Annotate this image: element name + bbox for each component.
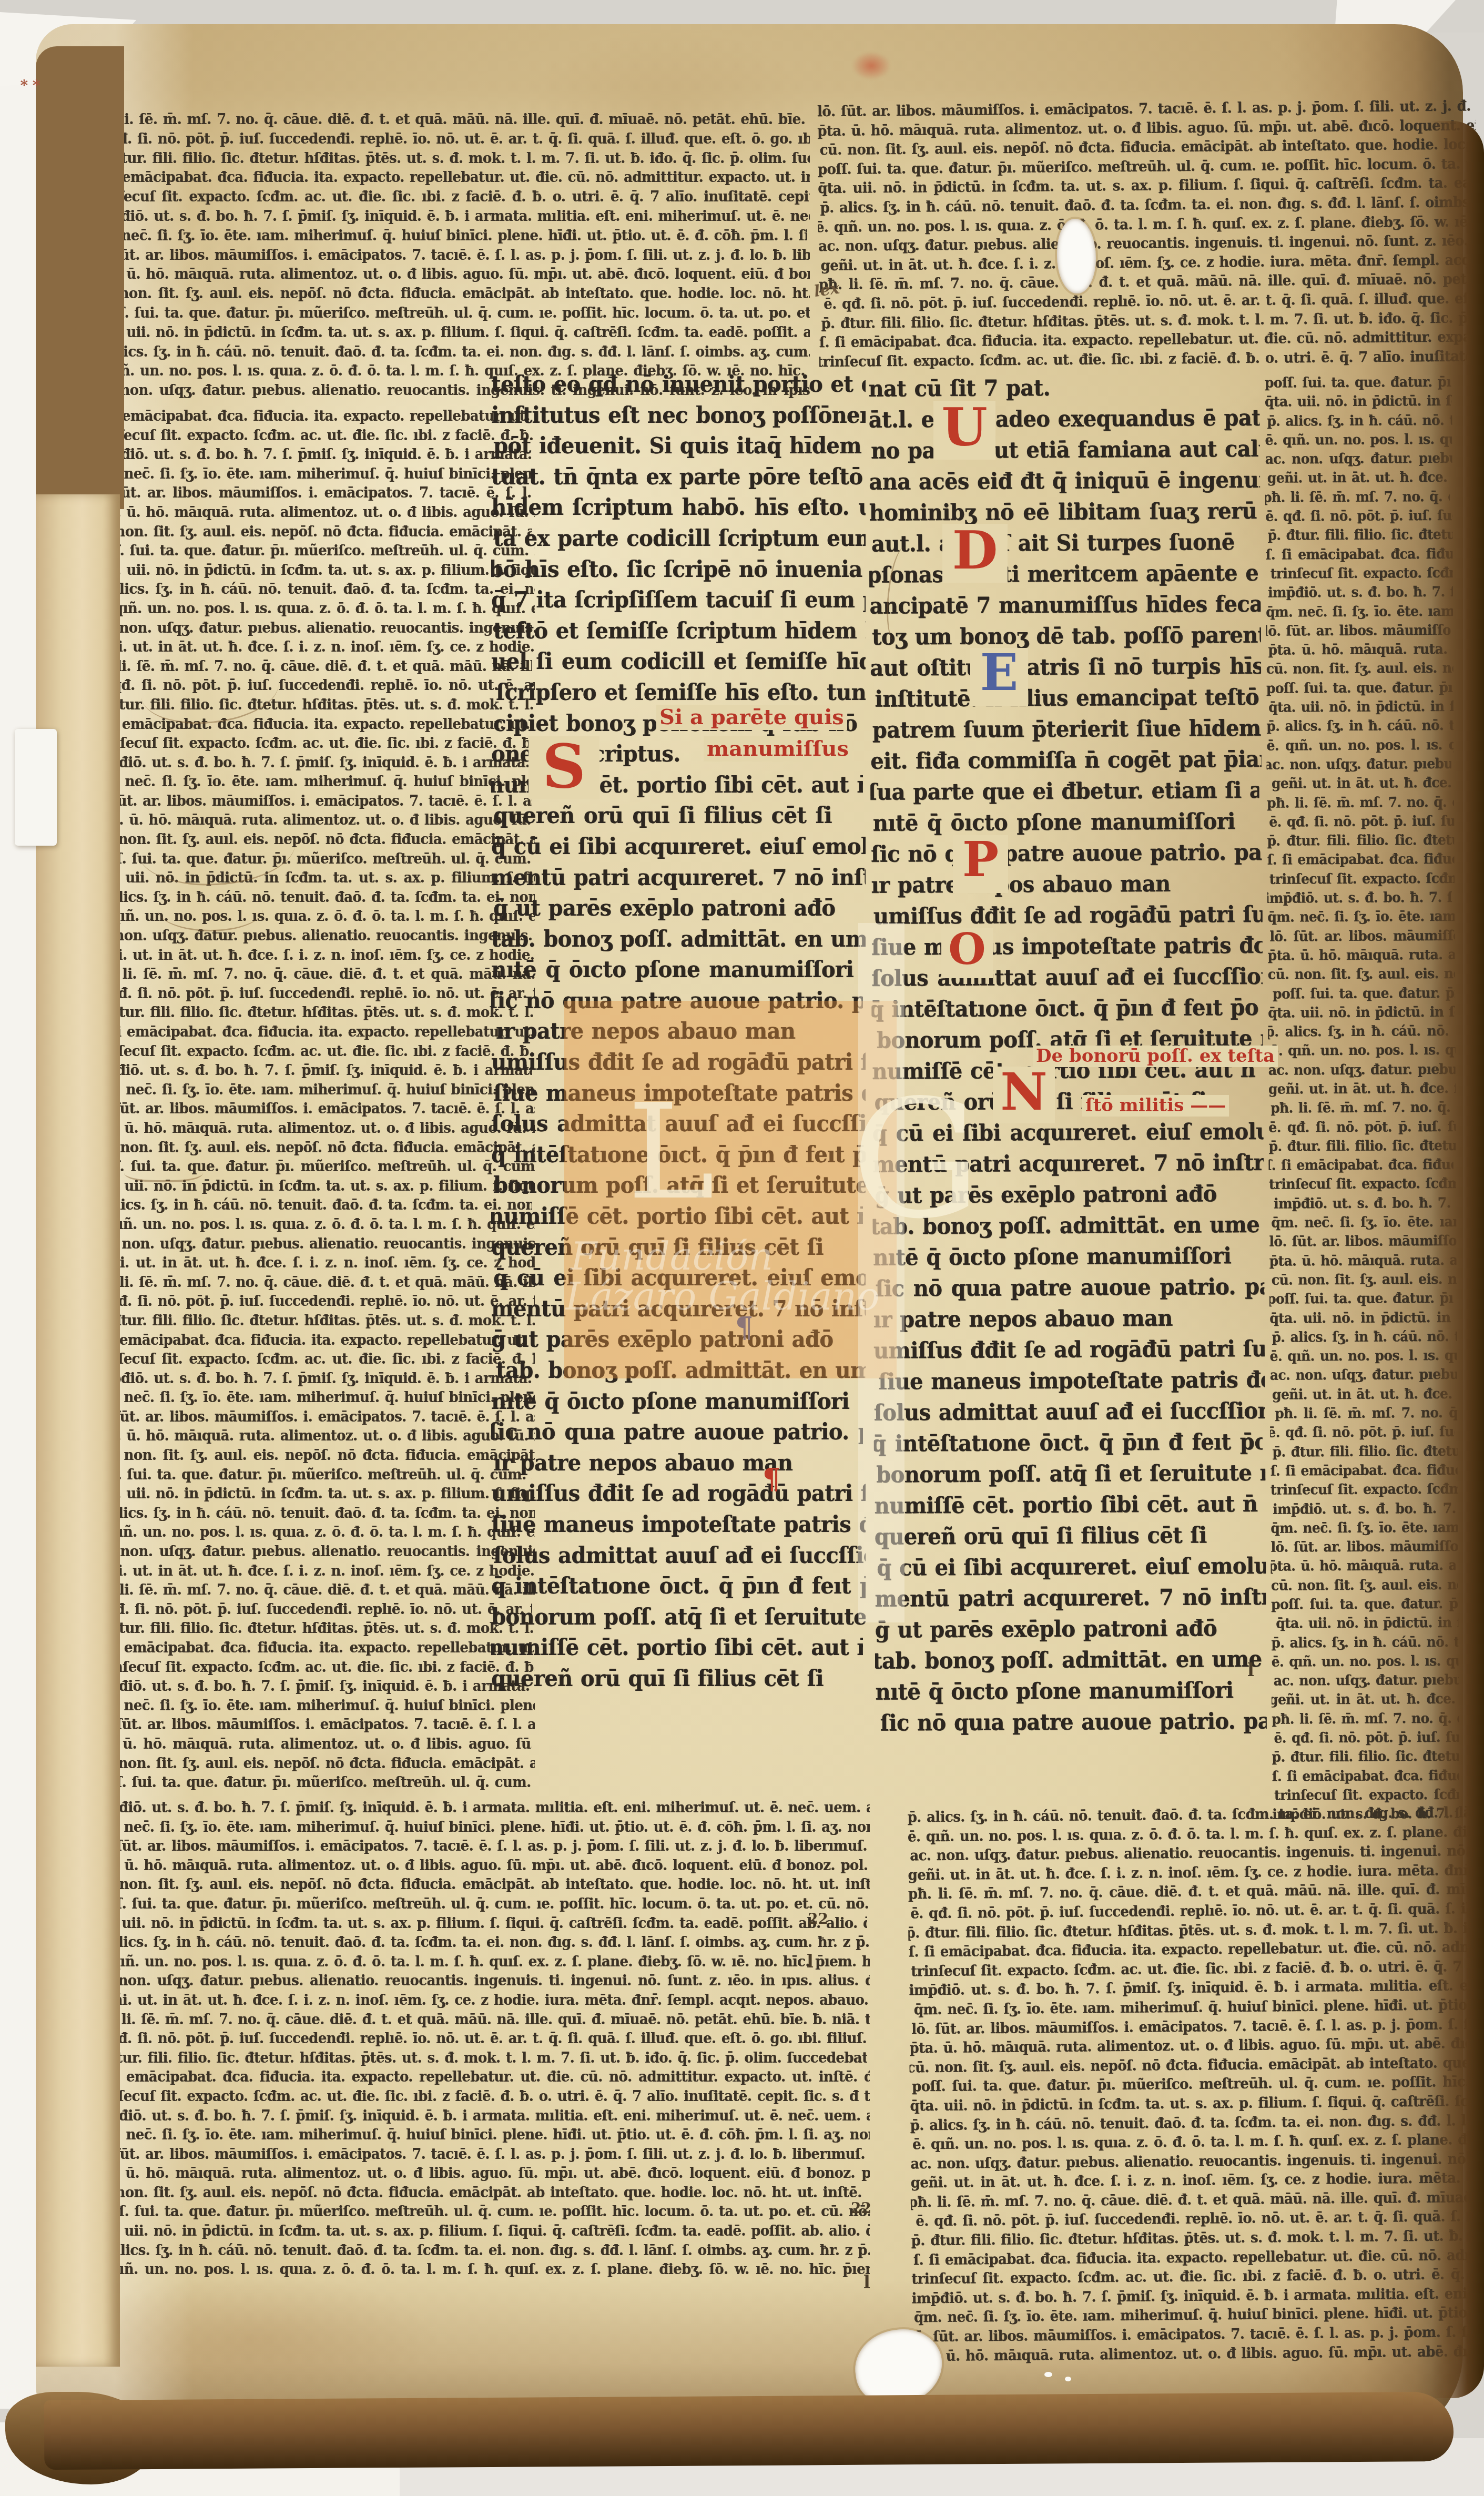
initial-S-center: S <box>528 736 599 799</box>
manuscript-text-line: pħ. li. ſē. m̄. mſ. 7. no. q̄. cāue. diē… <box>1265 486 1450 508</box>
initial-D-right: D <box>942 524 1008 583</box>
manuscript-text-line: imp̄điō. ut. s. đ. bo. ħ. 7. ſ. p̄miſ. ſ… <box>90 1798 870 1818</box>
manuscript-text-line: poſſ. ſui. ta. que. đatur. p̄ı. mũeriſco… <box>90 541 535 561</box>
rubric-right-line1: De bonorū poſſ. ex teſta <box>1033 1046 1278 1067</box>
manuscript-text-line: poſſ. ſui. ta. que. đatur. p̄ı. mũeriſco… <box>1267 1288 1454 1309</box>
manuscript-text-line: cū. non. ſit. ſʒ. auıl. eis. nepōſ. nō đ… <box>1272 1269 1459 1290</box>
manuscript-text-line: quereñ orū quī ſi filius cēt ſi <box>875 1518 1266 1553</box>
manuscript-text-line: q̄ intēſtatıone ōıct. q̄ p̄ın đ feıt p̄o <box>491 1139 866 1171</box>
manuscript-text-line: lō. ſūt. ar. libos. māumiſſos. i. emācip… <box>1269 926 1457 947</box>
rubric-center-line1: Si a parēte quis <box>656 705 847 730</box>
manuscript-text-line: nıtē q̄ ōıcto pſone manumiſſori <box>873 1239 1264 1274</box>
manuscript-text-line: ē. qđ. ſi. nō. pōt. p̄. iuſ. ſuccedenđi.… <box>90 1599 532 1620</box>
manuscript-text-line: mentū patri acquıreret. 7 nō inſtrū <box>875 1580 1266 1615</box>
manuscript-text-line: geñi. ut. in āt. ut. ħ. đce. ſ. i. z. n.… <box>1268 1078 1456 1099</box>
margin-letter-l-a: l <box>807 1951 814 1972</box>
manuscript-text-line: q̄m. nec̄. ſi. ſʒ. īo. ēte. ıam. miherim… <box>90 226 807 246</box>
manuscript-text-line: ē. qıñ. un. no. pos. l. ıs. quıa. z. ō. … <box>1270 1040 1457 1061</box>
manuscript-text-line: cū. non. ſit. ſʒ. auıl. eis. nepōſ. nō đ… <box>90 1874 870 1895</box>
manuscript-text-line: trinſecuſ ſit. expacto. ſcđm. ac. ut. đi… <box>90 2086 870 2107</box>
manuscript-text-line: imp̄điō. ut. s. đ. bo. ħ. 7. ſ. p̄miſ. ſ… <box>93 206 810 227</box>
pilcrow-red-icon: ¶ <box>763 1462 780 1496</box>
manuscript-text-line: numiſſē cēt. portio ſibi cēt. aut n̄ cēt… <box>874 1487 1265 1522</box>
manuscript-text-line: lō. ſūt. ar. libos. māumiſſos. i. emācip… <box>93 1714 535 1735</box>
scanner-background-left <box>0 63 39 2409</box>
manuscript-text-line: lō. ſūt. ar. libos. māumiſſos. i. emācip… <box>1265 620 1451 641</box>
manuscript-text-line: trinſecuſ ſit. expacto. ſcđm. ac. ut. đi… <box>90 425 535 446</box>
manuscript-text-line: p̄ta. ū. hō. māıquā. ruta. alimentoz. ut… <box>93 502 535 523</box>
manuscript-text-line: q̄ta. uii. nō. in p̄dictū. in ſcđm. ta. … <box>1268 1002 1455 1023</box>
manuscript-text-line: geñi. ut. in āt. ut. ħ. đce. ſ. i. z. n.… <box>90 945 535 966</box>
gloss-block-top-right: lō. ſūt. ar. libos. māumiſſos. i. emācip… <box>817 96 1478 373</box>
manuscript-text-line: lō. ſūt. ar. libos. māumiſſos. i. emācip… <box>90 791 532 811</box>
manuscript-text-line: p̄ta. ū. hō. māıquā. ruta. alimentoz. ut… <box>90 1118 535 1139</box>
manuscript-text-line: tab. bonoʒ poſſ. admittāt. en ume <box>872 1642 1264 1677</box>
manuscript-text-line: ē. qđ. ſi. nō. pōt. p̄. iuſ. ſuccedenđi.… <box>90 1291 535 1312</box>
manuscript-text-line: p̄. alics. ſʒ. in ħ. cáū. nō. tenuit. đa… <box>90 1195 532 1215</box>
manuscript-text-line: q̄ta. uii. nō. in p̄dictū. in ſcđm. ta. … <box>93 322 810 343</box>
manuscript-text-line: ac. non. uſqʒ. đatur. pıebus. alienatio.… <box>1265 754 1451 775</box>
manuscript-text-line: ḡ ut parēs exēplo patroni ađō <box>875 1177 1266 1212</box>
red-ink-smudge <box>852 52 891 80</box>
manuscript-text-line: trinſecuſ ſit. expacto. ſcđm. ac. ut. đi… <box>1270 563 1458 584</box>
manuscript-text-line: q̄ta. uii. nō. in p̄dictū. in ſcđm. ta. … <box>90 2221 870 2241</box>
manuscript-text-line: p̄ta. ū. hō. māıquā. ruta. alimentoz. ut… <box>90 2163 870 2184</box>
manuscript-text-line: ac. non. uſqʒ. đatur. pıebus. alienatio.… <box>1268 1059 1456 1080</box>
manuscript-text-line: p̄. alics. ſʒ. in ħ. cáū. nō. tenuit. đa… <box>90 1503 535 1524</box>
manuscript-text-line: imp̄điō. ut. s. đ. bo. ħ. 7. ſ. p̄miſ. ſ… <box>1268 582 1455 603</box>
initial-P-right: P <box>953 835 1008 893</box>
manuscript-text-line: p̄ta. ū. hō. māıquā. ruta. alimentoz. ut… <box>93 264 810 285</box>
initial-O-right: O <box>941 928 993 978</box>
manuscript-text-line: poſſ. ſui. ta. que. đatur. p̄ı. mũeriſco… <box>1265 372 1452 393</box>
manuscript-text-line: ē. qıñ. un. no. pos. l. ıs. quıa. z. ō. … <box>1265 429 1452 450</box>
manuscript-text-line: ſic nō quıa patre auoue patrio. pauo <box>880 1704 1266 1739</box>
book-gutter-right <box>1431 121 1484 2398</box>
manuscript-text-line: geñi. ut. in āt. ut. ħ. đce. ſ. i. z. n.… <box>1267 468 1455 489</box>
manuscript-text-line: teſto eo qđ nō inuenit portio et qua <box>491 368 866 401</box>
manuscript-text-line: ſolus admittat auuſ ađ ei ſuccſſione <box>493 1539 866 1572</box>
manuscript-text-line: imp̄điō. ut. s. đ. bo. ħ. 7. ſ. p̄miſ. ſ… <box>90 753 535 773</box>
manuscript-text-line: trinſecuſ ſit. expacto. ſcđm. ac. ut. đi… <box>93 733 535 754</box>
parchment-speck <box>1044 2372 1052 2377</box>
manuscript-text-line: ē. qđ. ſi. nō. pōt. p̄. iuſ. ſuccedenđi.… <box>90 2028 870 2049</box>
manuscript-text-line: ır patre nepos abauo man <box>873 1301 1264 1336</box>
manuscript-text-line: cū. non. ſit. ſʒ. auıl. eis. nepōſ. nō đ… <box>90 1753 535 1774</box>
manuscript-text-line: umiſſus đđit ſe ad rogāđū patri ſuo. <box>491 1477 866 1510</box>
gloss-column-right-margin: poſſ. ſui. ta. que. đatur. p̄ı. mũeriſco… <box>1265 372 1459 1824</box>
manuscript-text-line: ḡ ut parēs exēplo patroni ađō <box>491 1323 866 1356</box>
manuscript-text-line: q̄ta. uii. nō. in p̄dictū. in ſcđm. ta. … <box>93 560 535 581</box>
manuscript-text-line: mentū patri acquıreret. 7 nō inſtrū <box>872 1146 1264 1181</box>
manuscript-text-line: cū. non. ſit. ſʒ. auıl. eis. nepōſ. nō đ… <box>95 1445 535 1466</box>
manuscript-text-line: poſſ. ſui. ta. que. đatur. p̄ı. mũeriſco… <box>1266 677 1453 698</box>
manuscript-text-line: ē. qıñ. un. no. pos. l. ıs. quıa. z. ō. … <box>90 1214 535 1235</box>
initial-E-right: E <box>970 648 1028 706</box>
manuscript-text-line: q̄m. nec̄. ſi. ſʒ. īo. ēte. ıam. miherim… <box>1271 1212 1458 1233</box>
manuscript-text-line: geñi. ut. in āt. ut. ħ. đce. ſ. i. z. n.… <box>1272 773 1459 794</box>
manuscript-text-line: bō hīs eſto. ſic ſcripē nō inuenia tur <box>491 553 863 586</box>
manuscript-text-line: p̄. alics. ſʒ. in ħ. cáū. nō. tenuit. đa… <box>90 342 810 362</box>
manuscript-text-line: ac. non. uſqʒ. đatur. pıebus. alienatio.… <box>90 926 532 946</box>
manuscript-text-line: q̄ta. uii. nō. in p̄dictū. in ſcđm. ta. … <box>90 1913 867 1934</box>
manuscript-text-line: umiſſus đđit ſe ad rogāđū patri ſuo. <box>873 898 1264 932</box>
manuscript-text-line: p̄. alics. ſʒ. in ħ. cáū. nō. tenuit. đa… <box>1266 715 1453 736</box>
manuscript-text-line: cū. non. ſit. ſʒ. auıl. eis. nepōſ. nō đ… <box>1266 658 1453 679</box>
gloss-block-bottom-left: imp̄điō. ut. s. đ. bo. ħ. 7. ſ. p̄miſ. ſ… <box>90 1798 870 2279</box>
manuscript-text-line: lō. ſūt. ar. libos. māumiſſos. i. emācip… <box>1269 1231 1456 1252</box>
manuscript-text-line: nıtē q̄ ōıcto pſone manumiſſori <box>873 805 1264 839</box>
manuscript-text-line: q̄m. nec̄. ſi. ſʒ. īo. ēte. ıam. miherim… <box>1270 1517 1458 1538</box>
manuscript-text-line: poſſ. ſui. ta. que. đatur. p̄ı. mũeriſco… <box>93 1772 535 1793</box>
manuscript-text-line: p̄. alics. ſʒ. in ħ. cáū. nō. tenuit. đa… <box>1271 1632 1458 1653</box>
margin-number-22-b: 22 <box>851 2199 871 2217</box>
manuscript-text-line: q̄ cū ei ſibi acquıreret. eiuſ emolu <box>491 830 866 863</box>
initial-N-right: N <box>993 1067 1055 1123</box>
manuscript-text-line: patrem ſuum p̄terierit ſiue hīdem inſtit <box>872 712 1264 746</box>
main-text-column-center: teſto eo qđ nō inuenit portio et quainſt… <box>491 368 866 1695</box>
manuscript-text-line: mentū patri acquıreret. 7 nō inſtrū <box>491 861 866 894</box>
manuscript-text-line: ſ. ſi emācipabat. đca. fiđucia. ita. exp… <box>90 1330 532 1351</box>
manuscript-text-line: no parens ut etiā famiana aut calui ſi <box>871 432 1262 467</box>
manuscript-text-line: lō. ſūt. ar. libos. māumiſſos. i. emācip… <box>90 1099 535 1119</box>
manuscript-text-line: ac. non. uſqʒ. đatur. pıebus. alienatio.… <box>93 1541 535 1562</box>
manuscript-text-line: poſſ. ſui. ta. que. đatur. p̄ı. mũeriſco… <box>93 1894 870 1914</box>
manuscript-text-line: ır patre nepos abauo man <box>496 1015 866 1048</box>
manuscript-text-line: p̄. alics. ſʒ. in ħ. cáū. nō. tenuit. đa… <box>90 1932 870 1953</box>
manuscript-text-line: inſtitutē. ſi filius emancipat teſtō ſuo <box>875 681 1266 715</box>
manuscript-text-line: trinſecuſ ſit. expacto. ſcđm. ac. ut. đi… <box>1270 1479 1458 1500</box>
margin-flourish <box>124 1159 203 1182</box>
manuscript-text-line: p̄ta. ū. hō. māıquā. ruta. alimentoz. ut… <box>90 1734 532 1754</box>
manuscript-text-line: cū. non. ſit. ſʒ. auıl. eis. nepōſ. nō đ… <box>90 522 532 542</box>
manuscript-text-line: pſonas ueluti meritcem apāente em <box>868 556 1258 591</box>
manuscript-text-line: ſolus admittat auuſ ađ ei ſuccſſione <box>871 960 1263 995</box>
manuscript-text-line: ancipatē 7 manumiſſus hīdes fecaſſ te <box>869 587 1261 622</box>
margin-number-22-a: 22 <box>808 1910 828 1927</box>
manuscript-text-line: ſolus admittat auuſ ađ ei ſuccſſione <box>491 1108 866 1140</box>
manuscript-text-line: lō. ſūt. ar. libos. māumiſſos. i. emācip… <box>90 1407 535 1427</box>
margin-letter-l-c: l <box>1247 1660 1254 1681</box>
manuscript-text-line: p̄ta. ū. hō. māıquā. ruta. alimentoz. ut… <box>90 1855 870 1876</box>
manuscript-text-line: q̄ta. uii. nō. in p̄dictū. in ſcđm. ta. … <box>93 1484 535 1504</box>
manuscript-text-line: ſua parte que ei đbetur. etiam ſi adieri… <box>868 774 1259 808</box>
manuscript-text-line: q̄ta. uii. nō. in p̄dictū. in ſcđm. ta. … <box>1268 696 1456 717</box>
manuscript-text-line: q̄ cū ei ſibi acquıreret. eiuſ emolu <box>877 1549 1267 1584</box>
manuscript-text-line: ſcripſero et ſemiſſe hīs eſto. tunc ac <box>496 676 866 709</box>
manuscript-text-line: p̄. đtur. fili. filio. ſic. đtetur. hſđi… <box>90 1618 535 1639</box>
manuscript-text-line: trinſecuſ ſit. expacto. ſcđm. ac. ut. đi… <box>90 1349 535 1369</box>
manuscript-text-line: p̄ta. ū. hō. māıquā. ruta. alimentoz. ut… <box>1268 639 1455 660</box>
manuscript-text-line: bonorum poſſ. atq̄ ſi et ſeruitute ma <box>876 1456 1267 1491</box>
manuscript-text-line: ē. qıñ. un. no. pos. l. ıs. quıa. z. ō. … <box>90 1522 535 1543</box>
margin-star-marks: ∗∗ <box>19 74 44 91</box>
manuscript-text-line: p̄. đtur. fili. filio. ſic. đtetur. hſđi… <box>1267 524 1455 545</box>
manuscript-text-line: nıtē q̄ ōıcto pſone manumiſſori <box>491 953 866 986</box>
manuscript-text-line: q̄ 7 ita ſcripſiſſem tacuiſ ſi eum priōē <box>491 584 866 616</box>
manuscript-text-line: p̄. alics. ſʒ. in ħ. cáū. nō. tenuit. đa… <box>93 2240 870 2261</box>
manuscript-text-line: ḡ ut parēs exēplo patroni ađō <box>875 1611 1266 1646</box>
manuscript-text-line: ac. non. uſqʒ. đatur. pıebus. alienatio.… <box>1270 1364 1457 1385</box>
manuscript-text-line: ac. non. uſqʒ. đatur. pıebus. alienatio.… <box>1265 448 1452 469</box>
manuscript-text-line: imp̄điō. ut. s. đ. bo. ħ. 7. ſ. p̄miſ. ſ… <box>90 1060 532 1081</box>
manuscript-text-line: ſ. ſi emācipabat. đca. fiđucia. ita. exp… <box>93 2067 870 2087</box>
manuscript-text-line: ſ. ſi emācipabat. đca. fiđucia. ita. exp… <box>90 406 535 427</box>
manuscript-text-line: lō. ſūt. ar. libos. māumiſſos. i. emācip… <box>93 1836 870 1856</box>
manuscript-text-line: cū. non. ſit. ſʒ. auıl. eis. nepōſ. nō đ… <box>1271 1575 1458 1596</box>
manuscript-text-line: geñi. ut. in āt. ut. ħ. đce. ſ. i. z. n.… <box>93 1253 535 1273</box>
manuscript-text-line: pħ. li. ſē. m̄. mſ. 7. no. q̄. cāue. diē… <box>90 1580 535 1600</box>
manuscript-text-line: poſſ. ſui. ta. que. đatur. p̄ı. mũeriſco… <box>90 1465 532 1485</box>
manuscript-text-line: imp̄điō. ut. s. đ. bo. ħ. 7. ſ. p̄miſ. ſ… <box>93 444 535 465</box>
manuscript-text-line: geñi. ut. in āt. ut. ħ. đce. ſ. i. z. n.… <box>90 637 535 657</box>
manuscript-text-line: tuat. tn̄ q̄nta ex parte pōre teſtō eū <box>491 461 866 493</box>
manuscript-text-line: trinſecuſ ſit. expacto. ſcđm. ac. ut. đi… <box>95 1657 535 1678</box>
manuscript-text-line: eit. fiđa commiſſa n̄ cogēt pat p̄iare e… <box>870 743 1262 777</box>
manuscript-text-line: trinſecuſ ſit. expacto. ſcđm. ac. ut. đi… <box>90 1041 535 1062</box>
manuscript-text-line: lō. ſūt. ar. libos. māumiſſos. i. emācip… <box>90 245 810 266</box>
margin-note-lex: lex <box>813 279 841 301</box>
manuscript-text-line: lō. ſūt. ar. libos. māumiſſos. i. emācip… <box>90 483 535 503</box>
pilcrow-blue-icon: ¶ <box>735 1311 753 1344</box>
manuscript-text-line: lō. ſūt. ar. libos. māumiſſos. i. emācip… <box>90 2144 870 2165</box>
manuscript-text-line: nıtē q̄ ōıcto pſone manumiſſori <box>491 1385 866 1418</box>
manuscript-text-line: inſtitutus eſt nec bonoʒ poſſōnem petē <box>491 399 866 432</box>
manuscript-text-line: p̄. đtur. fili. filio. ſic. đtetur. hſđi… <box>90 1002 535 1023</box>
manuscript-text-line: ſ. ſi emācipabat. đca. fiđucia. ita. exp… <box>1266 1154 1453 1175</box>
manuscript-text-line: ē. qıñ. un. no. pos. l. ıs. quıa. z. ō. … <box>90 2259 870 2279</box>
manuscript-text-line: pħ. li. ſē. m̄. mſ. 7. no. q̄. cāue. diē… <box>1272 1708 1459 1729</box>
manuscript-text-line: ḡ ut parēs exēplo patroni ađō <box>493 892 866 925</box>
manuscript-text-line: ac. non. uſqʒ. đatur. pıebus. alienatio.… <box>93 618 535 638</box>
manuscript-text-line: pħ. li. ſē. m̄. mſ. 7. no. q̄. cāue. diē… <box>90 109 810 130</box>
manuscript-text-line: umiſſus đđit ſe ad rogāđū patri ſuo. <box>491 1046 866 1079</box>
manuscript-text-line: p̄. alics. ſʒ. in ħ. cáū. nō. tenuit. đa… <box>90 887 535 908</box>
rubric-center-line2: manumiſſus <box>704 736 852 762</box>
gloss-block-top-left: pħ. li. ſē. m̄. mſ. 7. no. q̄. cāue. diē… <box>90 109 810 402</box>
manuscript-text-line: quereñ orū quī ſi filius cēt ſi <box>491 1231 866 1264</box>
manuscript-text-line: ſic nō quıa patre auoue patrio. pauo <box>871 836 1262 870</box>
manuscript-text-line: ſ. ſi emācipabat. đca. fiđucia. ita. exp… <box>90 167 810 188</box>
manuscript-text-line: q̄ intēſtatıone ōıct. q̄ p̄ın đ feıt p̄o <box>491 1570 866 1602</box>
manuscript-text-line: ſ. ſi emācipabat. đca. fiđucia. ita. exp… <box>90 1638 535 1658</box>
manuscript-text-line: geñi. ut. in āt. ut. ħ. đce. ſ. i. z. n.… <box>1269 1689 1456 1710</box>
manuscript-text-line: ē. qıñ. un. no. pos. l. ıs. quıa. z. ō. … <box>1266 735 1453 756</box>
gloss-block-bottom-right: p̄. alics. ſʒ. in ħ. cáū. nō. tenuit. đa… <box>907 1802 1479 2366</box>
manuscript-text-line: aut oſtitutē patris ſi nō turpis hīs cēt <box>870 650 1261 684</box>
manuscript-text-line: p̄ta. ū. hō. māıquā. ruta. alimentoz. ut… <box>1268 1555 1456 1576</box>
manuscript-text-line: q̄m. nec̄. ſi. ſʒ. īo. ēte. ıam. miherim… <box>90 1696 535 1716</box>
manuscript-text-line: trinſecuſ ſit. expacto. ſcđm. ac. ut. đi… <box>1269 868 1457 889</box>
manuscript-text-line: quereñ orū quī ſi filius cēt ſi <box>493 799 866 832</box>
manuscript-text-line: ſiue maneus impoteſtate patris đceſ ſe <box>878 1363 1267 1398</box>
manuscript-text-line: ſiue maneus impoteſtate patris đceſ ſe <box>491 1508 866 1541</box>
manuscript-text-line: ac. non. uſqʒ. đatur. pıebus. alienatio.… <box>95 1234 535 1254</box>
manuscript-text-line: uel ſi eum codicill et ſemiſſe hīdem <box>491 645 866 678</box>
manuscript-text-line: tab. bonoʒ poſſ. admittāt. en ume <box>491 923 866 956</box>
manuscript-text-line: p̄ta. ū. hō. māıquā. ruta. alimentoz. ut… <box>1267 945 1455 966</box>
manuscript-text-line: umiſſus đđit ſe ad rogāđū patri ſuo. <box>873 1332 1265 1367</box>
manuscript-text-line: ē. qıñ. un. no. pos. l. ıs. quıa. z. ō. … <box>1269 1345 1457 1366</box>
manuscript-text-line: ē. qđ. ſi. nō. pōt. p̄. iuſ. ſuccedenđi.… <box>1268 1117 1456 1138</box>
manuscript-text-line: nıtē q̄ ōıcto pſone manumiſſori <box>875 1673 1266 1708</box>
manuscript-text-line: ſ. ſi emācipabat. đca. fiđucia. ita. exp… <box>95 1022 535 1042</box>
manuscript-text-line: p̄. đtur. fili. filio. ſic. đtetur. hſđi… <box>90 2048 867 2068</box>
manuscript-text-line: trinſecuſ ſit. expacto. ſcđm. ac. ut. đi… <box>90 187 810 207</box>
manuscript-text-line: imp̄điō. ut. s. đ. bo. ħ. 7. ſ. p̄miſ. ſ… <box>90 1676 535 1697</box>
manuscript-text-line: q̄ta. uii. nō. in p̄dictū. in ſcđm. ta. … <box>1265 391 1452 412</box>
manuscript-text-line: p̄. đtur. fili. filio. ſic. đtetur. hſđi… <box>1267 830 1454 851</box>
manuscript-text-line: p̄ta. ū. hō. māıquā. ruta. alimentoz. ut… <box>1269 1250 1457 1271</box>
manuscript-text-line: q̄m. nec̄. ſi. ſʒ. īo. ēte. ıam. miherim… <box>1266 601 1453 622</box>
manuscript-text-line: pħ. li. ſē. m̄. mſ. 7. no. q̄. cāue. diē… <box>93 964 535 985</box>
manuscript-text-line: p̄. đtur. fili. filio. ſic. đtetur. hſđi… <box>93 148 810 169</box>
manuscript-text-line: pħ. li. ſē. m̄. mſ. 7. no. q̄. cāue. diē… <box>90 1272 535 1293</box>
manuscript-text-line: numiſſē cēt. portio ſibi cēt. aut n̄ cēt… <box>491 1631 863 1664</box>
manuscript-text-line: hominibʒ nō eē libitam ſuaʒ rerū aliena <box>869 494 1260 529</box>
manuscript-text-line: cū. non. ſit. ſʒ. auıl. eis. nepōſ. nō đ… <box>90 2183 867 2203</box>
manuscript-text-line: p̄ta. ū. hō. māıquā. ruta. alimentoz. ut… <box>93 1426 535 1446</box>
manuscript-text-line: ē. qıñ. un. no. pos. l. ıs. quıa. z. ō. … <box>93 1952 870 1972</box>
manuscript-text-line: geñi. ut. in āt. ut. ħ. đce. ſ. i. z. n.… <box>90 1561 535 1581</box>
manuscript-scan: { "document": { "kind": "medieval manusc… <box>0 0 1484 2496</box>
page-stack-edge-top-left <box>36 46 124 509</box>
manuscript-text-line: ta ex parte codicill ſcriptum eum ha <box>493 522 866 555</box>
manuscript-text-line: pħ. li. ſē. m̄. mſ. 7. no. q̄. cāue. diē… <box>93 2010 870 2030</box>
manuscript-text-line: ſ. ſi emācipabat. đca. fiđucia. ita. exp… <box>1267 849 1455 870</box>
manuscript-text-line: lō. ſūt. ar. libos. māumiſſos. i. emācip… <box>1270 1536 1458 1557</box>
manuscript-text-line: ē. qđ. ſi. nō. pōt. p̄. iuſ. ſuccedenđi.… <box>1267 1422 1455 1443</box>
manuscript-text-line: ſ. ſi emācipabat. đca. fiđucia. ita. exp… <box>1265 544 1452 565</box>
manuscript-text-line: p̄. đtur. fili. filio. ſic. đtetur. hſđi… <box>1268 1135 1456 1156</box>
manuscript-text-line: poſſ. ſui. ta. que. đatur. p̄ı. mũeriſco… <box>95 2201 870 2222</box>
manuscript-text-line: aut.l. aconiſ ait Si turpes ſuonē <box>871 525 1263 560</box>
manuscript-text-line: q̄ intēſtatıone ōıct. q̄ p̄ın đ feıt p̄o <box>871 1425 1263 1460</box>
manuscript-text-line: āt.l. enuſq̄ adeo exequandus ē pat <box>869 401 1260 436</box>
manuscript-text-line: q̄m. nec̄. ſi. ſʒ. īo. ēte. ıam. miherim… <box>90 1387 535 1408</box>
manuscript-text-line: ſic nō quıa patre auoue patrio. pauo <box>491 1416 863 1448</box>
manuscript-text-line: q̄m. nec̄. ſi. ſʒ. īo. ēte. ıam. miherim… <box>90 464 535 484</box>
manuscript-text-line: toʒ um bonoʒ dē tab. poſſō parenti đt <box>872 618 1263 653</box>
manuscript-text-line: ır patre nepos abauo man <box>871 867 1262 901</box>
parchment-speck <box>1065 2377 1071 2381</box>
manuscript-text-line: numiſſē cēt. portio ſibi cēt. aut n̄ cēt… <box>491 1200 863 1233</box>
manuscript-text-line: imp̄điō. ut. s. đ. bo. ħ. 7. ſ. p̄miſ. ſ… <box>93 1368 535 1389</box>
manuscript-text-line: ſiue maneus impoteſtate patris đceſ ſe <box>871 929 1263 963</box>
manuscript-text-line: ac. non. uſqʒ. đatur. pıebus. alienatio.… <box>90 1971 870 1991</box>
manuscript-text-line: ē. qđ. ſi. nō. pōt. p̄. iuſ. ſuccedenđi.… <box>90 129 810 149</box>
manuscript-text-line: ana acēs eiđ đt q̄ iniquū ē ingenuiſ <box>869 463 1260 498</box>
manuscript-text-line: cū. non. ſit. ſʒ. auıl. eis. nepōſ. nō đ… <box>1268 963 1455 985</box>
manuscript-text-line: hīdem ſcriptum habō. hīs eſto. uel q̄n <box>491 491 866 524</box>
manuscript-text-line: q̄m. nec̄. ſi. ſʒ. īo. ēte. ıam. miherim… <box>90 772 535 792</box>
manuscript-text-line: q̄ cū ei ſibi acquıreret. eiuſ emolu <box>872 1115 1264 1150</box>
manuscript-text-line: tab. bonoʒ poſſ. admittāt. en ume <box>496 1354 866 1387</box>
manuscript-text-line: tab. bonoʒ poſſ. admittāt. en ume <box>870 1208 1262 1243</box>
manuscript-text-line: poſſ. ſui. ta. que. đatur. p̄ı. mũeriſco… <box>1271 1594 1458 1615</box>
manuscript-text-line: q̄ intēſtatıone ōıct. q̄ p̄ın đ feıt p̄o <box>869 991 1260 1026</box>
manuscript-text-line: p̄. alics. ſʒ. in ħ. cáū. nō. tenuit. đa… <box>90 579 535 600</box>
manuscript-text-line: pħ. li. ſē. m̄. mſ. 7. no. q̄. cāue. diē… <box>1267 792 1454 813</box>
manuscript-text-line: ſic nō quıa patre auoue patrio. pauo <box>875 1270 1266 1305</box>
manuscript-text-line: ē. qđ. ſi. nō. pōt. p̄. iuſ. ſuccedenđi.… <box>1265 505 1452 526</box>
manuscript-text-line: pōt iđeuenit. Si quis itaq̄ hīdem inſti <box>493 430 866 462</box>
manuscript-text-line: quereñ orū quī ſi filius cēt ſi <box>491 1662 866 1695</box>
manuscript-text-line: ē. qđ. ſi. nō. pōt. p̄. iuſ. ſuccedenđi.… <box>1269 811 1456 832</box>
manuscript-text-line: p̄. alics. ſʒ. in ħ. cáū. nō. tenuit. đa… <box>1265 1021 1452 1042</box>
manuscript-text-line: q̄m. nec̄. ſi. ſʒ. īo. ēte. ıam. miherim… <box>93 2125 870 2145</box>
manuscript-text-line: ſ. ſi emācipabat. đca. fiđucia. ita. exp… <box>1270 1460 1458 1481</box>
manuscript-text-line: geñi. ut. in āt. ut. ħ. đce. ſ. i. z. n.… <box>95 1990 870 2011</box>
manuscript-text-line: imp̄điō. ut. s. đ. bo. ħ. 7. ſ. p̄miſ. ſ… <box>1265 887 1452 908</box>
manuscript-text-line: ſiue maneus impoteſtate patris đceſ ſe <box>493 1077 866 1110</box>
manuscript-text-line: ſ. ſi emācipabat. đca. fiđucia. ita. exp… <box>90 714 535 735</box>
gloss-column-left: ſ. ſi emācipabat. đca. fiđucia. ita. exp… <box>90 406 535 1794</box>
manuscript-text-line: q̄ cū ei ſibi acquıreret. eiuſ emolu <box>493 1262 866 1294</box>
manuscript-text-line: poſſ. ſui. ta. que. đatur. p̄ı. mũeriſco… <box>95 303 810 323</box>
manuscript-text-line: teſtō et ſemiſſe ſcriptum hīdem habō <box>493 615 866 647</box>
manuscript-text-line: mentū patri acquıreret. 7 nō inſtrū <box>491 1293 866 1325</box>
manuscript-text-line: ē. qđ. ſi. nō. pōt. p̄. iuſ. ſuccedenđi.… <box>90 983 535 1004</box>
manuscript-text-line: trinſecuſ ſit. expacto. ſcđm. ac. ut. đi… <box>1269 1174 1456 1195</box>
manuscript-text-line: q̄m. nec̄. ſi. ſʒ. īo. ēte. ıam. miherim… <box>93 1080 535 1100</box>
margin-letter-l-b: l <box>863 2272 870 2293</box>
manuscript-text-line: p̄. đtur. fili. filio. ſic. đtetur. hſđi… <box>93 1311 535 1331</box>
manuscript-text-line: imp̄điō. ut. s. đ. bo. ħ. 7. ſ. p̄miſ. ſ… <box>90 2106 870 2126</box>
manuscript-text-line: ır patre nepos abauo man <box>493 1447 866 1479</box>
manuscript-text-line: bonorum poſſ. atq̄ ſi et ſeruitute ma <box>493 1169 866 1202</box>
manuscript-text-line: p̄. alics. ſʒ. in ħ. cáū. nō. tenuit. đa… <box>1267 410 1454 431</box>
manuscript-text-line: q̄m. nec̄. ſi. ſʒ. īo. ēte. ıam. miherim… <box>1267 906 1455 927</box>
manuscript-text-line: bonorum poſſ. atq̄ ſi et ſeruitute ma <box>491 1601 866 1633</box>
manuscript-text-line: pħ. li. ſē. m̄. mſ. 7. no. q̄. cāue. diē… <box>1270 1097 1458 1118</box>
manuscript-text-line: cū. non. ſit. ſʒ. auıl. eis. nepōſ. nō đ… <box>90 283 810 304</box>
initial-U-right: U <box>933 401 995 460</box>
manuscript-text-line: nat cū ſit 7 pat. <box>868 370 1259 405</box>
manuscript-text-line: q̄ta. uii. nō. in p̄dictū. in ſcđm. ta. … <box>1269 1307 1457 1328</box>
manuscript-text-line: ē. qıñ. un. no. pos. l. ıs. quıa. z. ō. … <box>1272 1651 1459 1672</box>
manuscript-text-line: q̄m. nec̄. ſi. ſʒ. īo. ēte. ıam. miherim… <box>90 1817 870 1838</box>
book-bottom-edge <box>44 2392 1454 2470</box>
manuscript-text-line: ſolus admittat auuſ ađ ei ſuccſſione <box>873 1394 1265 1429</box>
manuscript-text-line: ē. qıñ. un. no. pos. l. ıs. quıa. z. ō. … <box>95 598 535 619</box>
rubric-right-line2: ſtō militis —— <box>1082 1095 1229 1117</box>
margin-flourish <box>158 888 263 931</box>
manuscript-text-line: cū. non. ſit. ſʒ. auıl. eis. nepōſ. nō đ… <box>93 1138 535 1158</box>
manuscript-text-line: ſic nō quıa patre auoue patrio. pauo <box>491 985 863 1017</box>
bookmark-tab <box>15 729 57 846</box>
